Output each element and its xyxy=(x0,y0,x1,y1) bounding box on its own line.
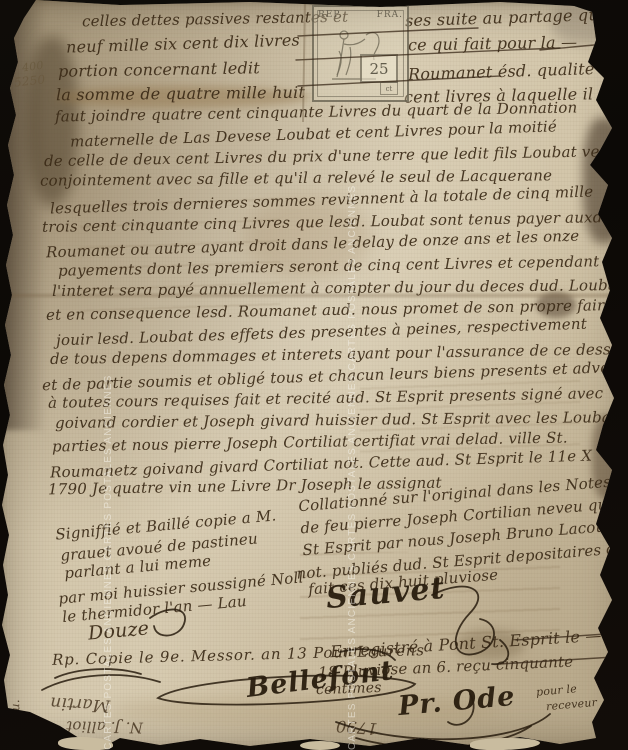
bellefont-oval-flourish xyxy=(158,676,415,705)
document-photo: REP. FRA. 25 ct 400 5250 celles det xyxy=(0,0,628,750)
sauvet-paraph xyxy=(432,587,494,655)
watermark-text: CARTES POSTALES ANCIENNES CARTES POSTALE… xyxy=(103,358,117,750)
vertical-crease xyxy=(303,2,305,122)
torn-paper-bit xyxy=(470,738,540,750)
stamp-cancel-stroke xyxy=(298,76,500,86)
ink-flourishes xyxy=(0,0,628,750)
douze-flourish xyxy=(150,609,185,635)
bellefont-left-loop xyxy=(42,675,160,690)
sauvet-paraph xyxy=(492,640,508,664)
stamp-cancel-stroke xyxy=(296,48,560,60)
torn-paper-bit xyxy=(300,741,340,750)
ode-under-loop xyxy=(336,714,550,739)
ode-tail xyxy=(448,694,474,725)
bellefont-left-loop xyxy=(55,669,141,678)
manuscript-paper: REP. FRA. 25 ct 400 5250 celles det xyxy=(0,0,628,750)
watermark-text: CARTES POSTALES ANCIENNES CARTES POSTALE… xyxy=(347,168,361,750)
stamp-cancel-stroke xyxy=(298,28,478,36)
